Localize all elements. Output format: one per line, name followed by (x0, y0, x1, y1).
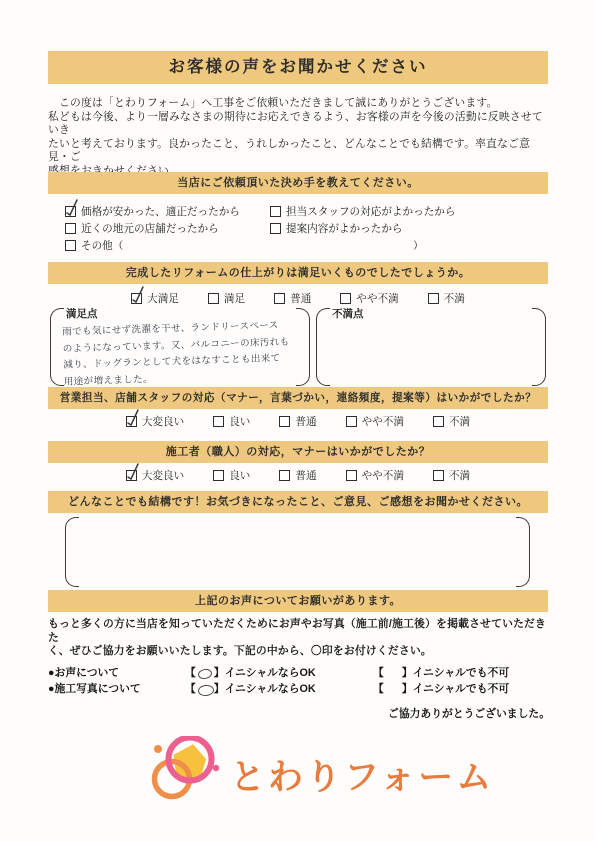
handwritten-circle (197, 667, 213, 679)
bracket-close: 】 (402, 682, 413, 697)
checkbox-icon[interactable] (213, 470, 224, 481)
circle-mark-slot[interactable] (384, 684, 402, 696)
checkbox-option-yaya-fuman[interactable]: やや不満 (346, 468, 404, 483)
option-label: 不満 (449, 468, 470, 483)
free-comment-text (78, 523, 524, 537)
consent-options: ●お声について 【 】 イニシャルならOK 【 】 イニシャルでも不可 ●施工写… (48, 666, 550, 698)
satisfaction-handwritten-text: 雨でも気にせず洗濯を干せ、ランドリースペース のようになっています。又、バルコニ… (62, 317, 305, 391)
logo-mark-icon (148, 736, 224, 818)
intro-paragraph: この度は「とわりフォーム」へ工事をご依頼いただきまして誠にありがとうございます。… (48, 97, 548, 178)
checkbox-option-price[interactable]: 価格が安かった、適正だったから (65, 204, 270, 219)
option-label: やや不満 (362, 468, 404, 483)
consent-ng-choice[interactable]: 【 】 イニシャルでも不可 (373, 682, 509, 697)
option-label: 不満 (444, 291, 465, 306)
bracket-close: 】 (214, 666, 225, 681)
logo-text: とわりフォーム (230, 750, 494, 800)
checkbox-icon[interactable] (433, 416, 444, 427)
other-close-paren: ） (270, 238, 548, 253)
checkbox-option-manzoku[interactable]: 満足 (208, 291, 245, 306)
checkbox-option-futsuu[interactable]: 普通 (279, 468, 316, 483)
section-header-finish: 完成したリフォームの仕上がりは満足いくものでしたでしょうか。 (48, 262, 548, 284)
checkbox-icon[interactable] (213, 416, 224, 427)
bracket-open: 【 (373, 666, 384, 681)
consent-row-voice: ●お声について 【 】 イニシャルならOK 【 】 イニシャルでも不可 (48, 666, 550, 681)
checkbox-option-other[interactable]: その他（ (65, 238, 270, 253)
consent-ok-label: イニシャルならOK (225, 682, 316, 697)
checkbox-option-local-shop[interactable]: 近くの地元の店舗だったから (65, 221, 270, 236)
paren-right (532, 308, 546, 386)
option-label: 普通 (295, 414, 316, 429)
option-label: 普通 (290, 291, 311, 306)
section-header-decision: 当店にご依頼頂いた決め手を教えてください。 (48, 172, 548, 194)
consent-ok-label: イニシャルならOK (225, 666, 316, 681)
option-label: 不満 (449, 414, 470, 429)
handwritten-circle (197, 684, 214, 696)
checkbox-icon[interactable] (270, 223, 281, 234)
checkbox-icon[interactable] (65, 206, 76, 217)
checkbox-option-yoi[interactable]: 良い (213, 414, 250, 429)
dissatisfaction-box[interactable]: 不満点 (316, 308, 546, 386)
checkbox-icon[interactable] (433, 470, 444, 481)
decision-options: 価格が安かった、適正だったから 近くの地元の店舗だったから その他（ 担当スタッ… (65, 204, 548, 253)
circle-mark-slot[interactable] (196, 668, 214, 680)
checkbox-option-taihen-yoi[interactable]: 大変良い (126, 414, 184, 429)
checkbox-option-staff[interactable]: 担当スタッフの対応がよかったから (270, 204, 548, 219)
bracket-open: 【 (373, 682, 384, 697)
checkbox-icon[interactable] (270, 206, 281, 217)
option-label: やや不満 (356, 291, 398, 306)
checkbox-icon[interactable] (208, 293, 219, 304)
section-header-request: 上記のお声についてお願いがあります。 (48, 590, 548, 612)
satisfaction-box-label: 満足点 (66, 306, 98, 321)
consent-ok-choice[interactable]: 【 】 イニシャルならOK (185, 666, 373, 681)
checkbox-icon[interactable] (65, 223, 76, 234)
bracket-close: 】 (214, 682, 225, 697)
worker-options: 大変良い 良い 普通 やや不満 不満 (48, 468, 548, 483)
scanned-survey-form: お客様の声をお聞かせください この度は「とわりフォーム」へ工事をご依頼いただきま… (0, 0, 595, 841)
checkbox-option-fuman[interactable]: 不満 (433, 414, 470, 429)
option-label: 満足 (224, 291, 245, 306)
thanks-line: ご協力ありがとうございました。 (48, 706, 550, 721)
checkbox-icon[interactable] (126, 416, 137, 427)
option-label: その他（ (81, 238, 123, 253)
checkbox-option-daimanzoku[interactable]: 大満足 (131, 291, 179, 306)
checkbox-option-futsuu[interactable]: 普通 (279, 414, 316, 429)
checkbox-icon[interactable] (131, 293, 142, 304)
option-label: 担当スタッフの対応がよかったから (286, 204, 456, 219)
paren-left (316, 308, 330, 386)
bracket-open: 【 (185, 666, 196, 681)
checkbox-icon[interactable] (428, 293, 439, 304)
checkbox-icon[interactable] (274, 293, 285, 304)
page-title: お客様の声をお聞かせください (48, 51, 548, 84)
bracket-open: 【 (185, 682, 196, 697)
checkbox-option-fuman[interactable]: 不満 (433, 468, 470, 483)
option-label: 大満足 (147, 291, 179, 306)
consent-row-photo: ●施工写真について 【 】 イニシャルならOK 【 】 イニシャルでも不可 (48, 682, 550, 697)
satisfaction-box[interactable]: 満足点 雨でも気にせず洗濯を干せ、ランドリースペース のようになっています。又、… (50, 308, 310, 386)
section-header-free-comment: どんなことでも結構です！お気づきになったこと、ご意見、ご感想をお聞かせください。 (48, 491, 548, 513)
checkbox-option-yaya-fuman[interactable]: やや不満 (340, 291, 398, 306)
option-label: 大変良い (142, 414, 184, 429)
consent-ng-label: イニシャルでも不可 (413, 682, 510, 697)
request-body: もっと多くの方に当店を知っていただくためにお声やお写真（施工前/施工後）を掲載さ… (48, 618, 548, 659)
checkbox-icon[interactable] (126, 470, 137, 481)
company-logo: とわりフォーム (148, 736, 494, 818)
option-label: やや不満 (362, 414, 404, 429)
checkbox-option-fuman[interactable]: 不満 (428, 291, 465, 306)
checkbox-icon[interactable] (279, 470, 290, 481)
checkbox-option-yaya-fuman[interactable]: やや不満 (346, 414, 404, 429)
consent-topic: ●お声について (48, 666, 185, 681)
staff-options: 大変良い 良い 普通 やや不満 不満 (48, 414, 548, 429)
checkbox-icon[interactable] (346, 470, 357, 481)
circle-mark-slot[interactable] (384, 668, 402, 680)
finish-options: 大満足 満足 普通 やや不満 不満 (48, 291, 548, 306)
checkbox-option-proposal[interactable]: 提案内容がよかったから (270, 221, 548, 236)
option-label: 価格が安かった、適正だったから (81, 204, 240, 219)
dissatisfaction-box-label: 不満点 (332, 306, 364, 321)
option-label: 普通 (295, 468, 316, 483)
option-label: 良い (229, 468, 250, 483)
paren-left (65, 517, 79, 587)
checkbox-option-taihen-yoi[interactable]: 大変良い (126, 468, 184, 483)
consent-ng-label: イニシャルでも不可 (413, 666, 510, 681)
section-header-staff: 営業担当、店舗スタッフの対応（マナー，言葉づかい，連絡頻度，提案等）はいかがでし… (48, 387, 548, 409)
consent-ng-choice[interactable]: 【 】 イニシャルでも不可 (373, 666, 509, 681)
consent-topic: ●施工写真について (48, 682, 185, 697)
circle-mark-slot[interactable] (196, 684, 214, 696)
bracket-close: 】 (402, 666, 413, 681)
checkbox-icon[interactable] (340, 293, 351, 304)
free-comment-box[interactable] (65, 517, 530, 587)
checkbox-icon[interactable] (279, 416, 290, 427)
option-label: 提案内容がよかったから (286, 221, 403, 236)
checkbox-icon[interactable] (65, 240, 76, 251)
option-label: 良い (229, 414, 250, 429)
checkbox-option-yoi[interactable]: 良い (213, 468, 250, 483)
option-label: 大変良い (142, 468, 184, 483)
checkbox-icon[interactable] (346, 416, 357, 427)
consent-ok-choice[interactable]: 【 】 イニシャルならOK (185, 682, 373, 697)
option-label: 近くの地元の店舗だったから (81, 221, 219, 236)
section-header-worker: 施工者（職人）の対応，マナーはいかがでしたか？ (48, 441, 548, 463)
paren-right (516, 517, 530, 587)
checkbox-option-futsuu[interactable]: 普通 (274, 291, 311, 306)
